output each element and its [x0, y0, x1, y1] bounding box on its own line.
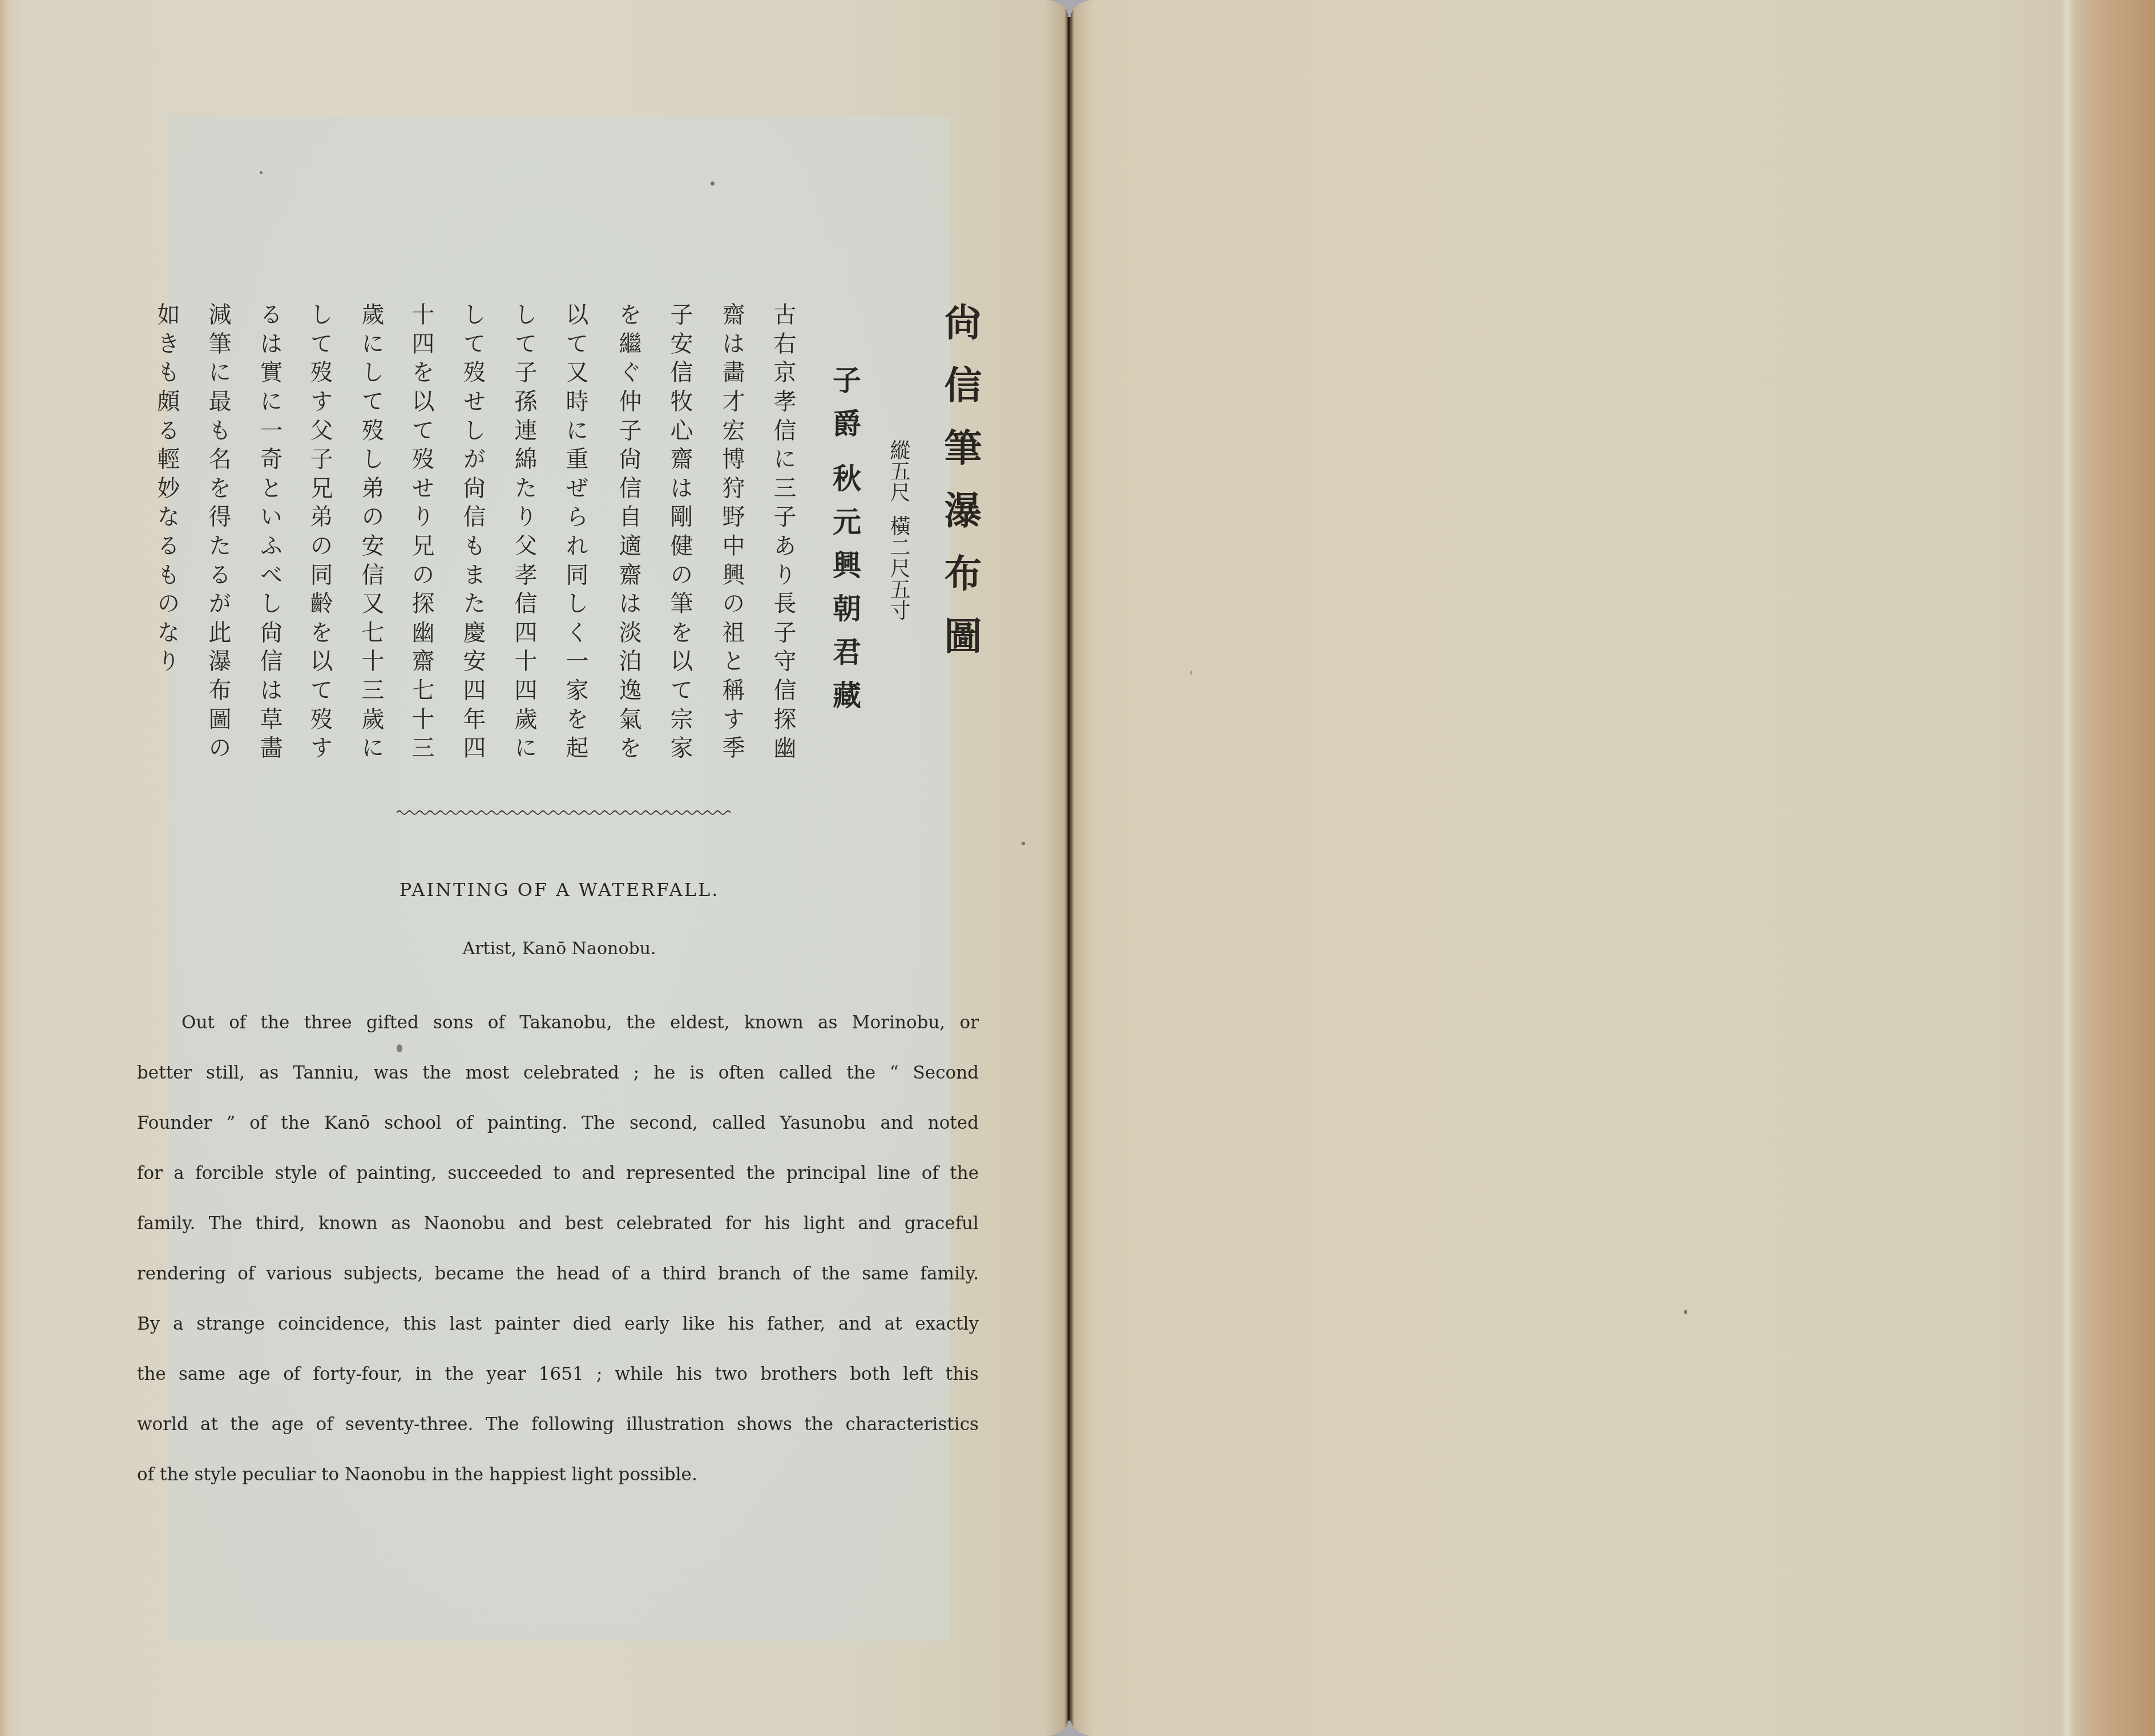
owner-name: 秋元興朝君藏: [828, 463, 862, 724]
paper-speck: [1684, 1310, 1687, 1314]
japanese-body-column-1: 古右京孝信に三子あり長子守信探幽: [767, 302, 800, 765]
english-line: world at the age of seventy-three. The f…: [137, 1399, 979, 1450]
japanese-body-column-4: を繼ぐ仲子尙信自適齋は淡泊逸氣を: [612, 302, 645, 765]
english-line: better still, as Tanniu, was the most ce…: [137, 1048, 979, 1098]
paper-speck: [397, 1044, 402, 1052]
paper-speck: [1022, 842, 1025, 845]
japanese-body-column-13: 如きも頗る輕妙なるものなり: [151, 302, 183, 678]
paper-speck: [260, 171, 263, 174]
japanese-body-column-5: 以て又時に重ぜられ同しく一家を起: [559, 302, 592, 765]
left-page: 尙信筆瀑布圖 縱五尺橫二尺五寸 子爵秋元興朝君藏 古右京孝信に三子あり長子守信探…: [0, 0, 1068, 1736]
english-line: family. The third, known as Naonobu and …: [137, 1198, 979, 1249]
japanese-body-column-2: 齋は畵才宏博狩野中興の祖と稱す季: [716, 302, 748, 765]
english-line: the same age of forty-four, in the year …: [137, 1349, 979, 1399]
japanese-title: 尙信筆瀑布圖: [933, 302, 987, 679]
japanese-body-column-9: 歲にして歿し弟の安信又七十三歲に: [355, 302, 388, 765]
english-line: rendering of various subjects, became th…: [137, 1249, 979, 1299]
english-paragraph: Out of the three gifted sons of Takanobu…: [137, 998, 979, 1500]
english-line: By a strange coincidence, this last pain…: [137, 1299, 979, 1349]
english-artist-line: Artist, Kanō Naonobu.: [0, 939, 1119, 959]
owner-credit: 子爵秋元興朝君藏: [824, 365, 865, 724]
japanese-body-column-8: 十四を以て歿せり兄の探幽齋七十三: [405, 302, 438, 765]
japanese-body-column-7: して歿せしが尙信もまた慶安四年四: [457, 302, 489, 765]
japanese-body-column-6: して子孫連綿たり父孝信四十四歲に: [508, 302, 540, 765]
paper-speck: [1191, 671, 1192, 675]
english-heading: PAINTING OF A WATERFALL.: [0, 879, 1119, 901]
english-line: of the style peculiar to Naonobu in the …: [137, 1450, 979, 1500]
dimension-height: 縱五尺: [887, 439, 910, 503]
right-page-blank: [1071, 0, 2155, 1736]
english-line: Founder ” of the Kanō school of painting…: [137, 1098, 979, 1148]
painting-dimensions: 縱五尺橫二尺五寸: [888, 439, 909, 621]
japanese-body-column-10: して歿す父子兄弟の同齡を以て歿す: [304, 302, 336, 765]
owner-rank: 子爵: [828, 365, 862, 452]
paper-speck: [711, 181, 715, 185]
japanese-body-column-12: 減筆に最も名を得たるが此瀑布圖の: [202, 302, 235, 765]
english-line: for a forcible style of painting, succee…: [137, 1148, 979, 1198]
dimension-width: 橫二尺五寸: [887, 515, 910, 621]
japanese-body-column-3: 子安信牧心齋は剛健の筆を以て宗家: [664, 302, 696, 765]
wavy-divider: [397, 809, 731, 818]
japanese-body-column-11: るは實に一奇といふべし尙信は草畵: [253, 302, 286, 765]
english-line: Out of the three gifted sons of Takanobu…: [137, 998, 979, 1048]
